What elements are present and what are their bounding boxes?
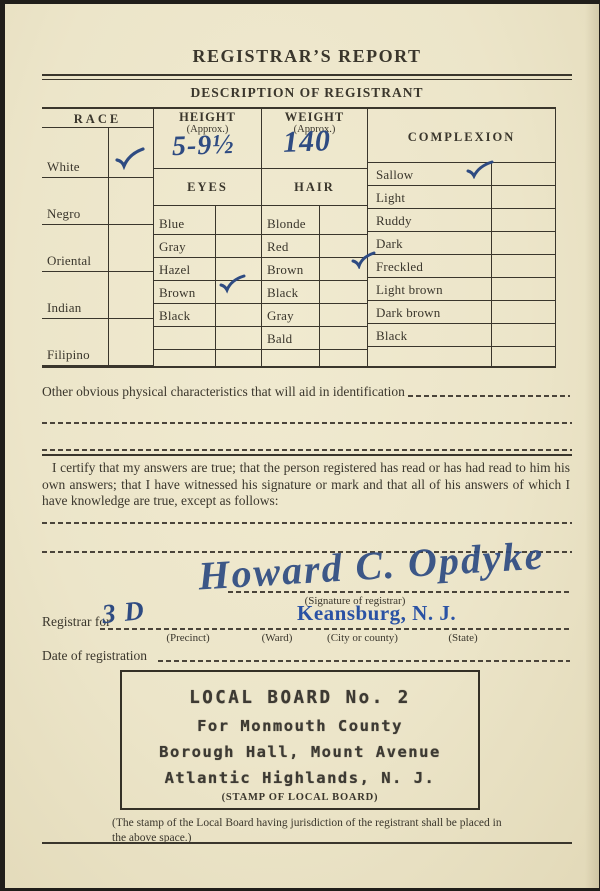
eyes-option-hazel: Hazel [154, 258, 215, 281]
eyes-option-brown: Brown [154, 281, 215, 304]
stamp-line-3: Borough Hall, Mount Avenue [122, 739, 478, 765]
complexion-header: COMPLEXION [368, 109, 555, 163]
state-caption: (State) [423, 632, 503, 644]
section-rule [42, 454, 572, 456]
local-board-stamp-box: LOCAL BOARD No. 2 For Monmouth County Bo… [120, 670, 480, 810]
complexion-column: COMPLEXION Sallow Light Ruddy Dark Freck… [367, 109, 555, 366]
eyes-option-black: Black [154, 304, 215, 327]
hair-brown-checkmark-icon [351, 251, 377, 269]
complexion-option-dark: Dark [368, 232, 491, 255]
eyes-option-blank [154, 327, 215, 350]
other-characteristics-row: Other obvious physical characteristics t… [42, 384, 570, 400]
hair-option-black: Black [262, 281, 319, 304]
registrar-for-line [100, 628, 570, 630]
form-title: REGISTRAR’S REPORT [42, 46, 572, 67]
scanned-draft-card: REGISTRAR’S REPORT DESCRIPTION OF REGIST… [0, 0, 600, 891]
complexion-option-light: Light [368, 186, 491, 209]
hair-check-column [319, 206, 367, 366]
race-option-oriental: Oriental [42, 225, 108, 272]
hair-option-red: Red [262, 235, 319, 258]
complexion-option-freckled: Freckled [368, 255, 491, 278]
date-of-registration-label: Date of registration [42, 648, 147, 664]
stamp-line-4: Atlantic Highlands, N. J. [122, 765, 478, 791]
hair-option-brown: Brown [262, 258, 319, 281]
complexion-option-light-brown: Light brown [368, 278, 491, 301]
fill-in-line [42, 422, 572, 424]
complexion-option-black: Black [368, 324, 491, 347]
stamp-line-2: For Monmouth County [122, 713, 478, 739]
complexion-check-column [491, 163, 555, 366]
race-header: RACE [42, 109, 153, 128]
complexion-option-dark-brown: Dark brown [368, 301, 491, 324]
registrar-signature: Howard C. Opdyke [197, 531, 546, 599]
date-of-registration-line [158, 660, 570, 662]
eyes-header: EYES [154, 169, 261, 206]
stamp-line-1: LOCAL BOARD No. 2 [122, 686, 478, 710]
race-option-negro: Negro [42, 178, 108, 225]
hair-option-bald: Bald [262, 327, 319, 350]
precinct-caption: (Precinct) [148, 632, 228, 644]
race-option-white: White [42, 131, 108, 178]
bottom-rule [42, 842, 572, 844]
city-stamp: Keansburg, N. J. [297, 601, 456, 626]
weight-header: WEIGHT [262, 111, 367, 124]
city-or-county-caption: (City or county) [305, 632, 420, 644]
hair-option-gray: Gray [262, 304, 319, 327]
hair-header: HAIR [262, 169, 367, 206]
double-rule [42, 74, 572, 80]
certification-paragraph: I certify that my answers are true; that… [42, 460, 570, 510]
complexion-option-ruddy: Ruddy [368, 209, 491, 232]
other-characteristics-label: Other obvious physical characteristics t… [42, 384, 405, 400]
race-option-indian: Indian [42, 272, 108, 319]
race-white-checkmark-icon [114, 147, 146, 170]
fill-in-line [408, 395, 570, 397]
complexion-sallow-checkmark-icon [465, 160, 495, 179]
fill-in-line [42, 522, 572, 524]
fill-in-line [42, 449, 572, 451]
eyes-option-gray: Gray [154, 235, 215, 258]
race-option-filipino: Filipino [42, 319, 108, 366]
height-handwritten-value: 5-9½ [171, 129, 234, 163]
height-header: HEIGHT [154, 111, 261, 124]
stamp-of-local-board-caption: (STAMP OF LOCAL BOARD) [122, 792, 478, 803]
hair-option-blonde: Blonde [262, 212, 319, 235]
form-subtitle: DESCRIPTION OF REGISTRANT [42, 85, 572, 101]
precinct-handwritten-value: 3 D [100, 595, 146, 630]
weight-handwritten-value: 140 [282, 124, 331, 160]
eyes-brown-checkmark-icon [219, 274, 247, 294]
eyes-option-blue: Blue [154, 212, 215, 235]
